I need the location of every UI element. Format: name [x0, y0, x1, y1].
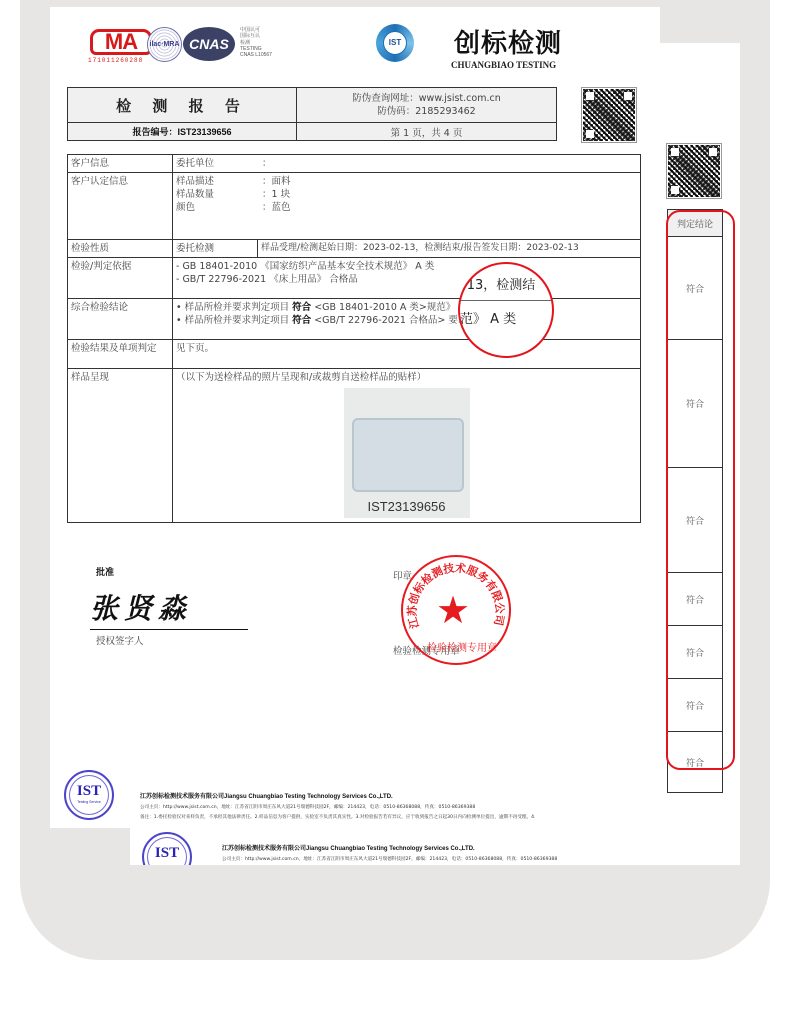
- cnas-text: 中国认可国际互认 检测TESTING CNAS L10567: [240, 27, 272, 58]
- field-value: ：: [262, 157, 637, 170]
- anti-fake-url: 防伪查询网址：www.jsist.com.cn: [297, 92, 556, 105]
- qr-code: [582, 88, 636, 142]
- inspection-type: 委托检测: [173, 240, 258, 258]
- footer-company: 江苏创标检测技术服务有限公司Jiangsu Chuangbiao Testing…: [222, 843, 475, 852]
- highlight-annotation: [666, 210, 735, 770]
- anti-fake-code: 防伪码：2185293462: [297, 105, 556, 118]
- cma-number: 171011260288: [88, 57, 143, 64]
- signature: 张贤淼: [90, 587, 248, 630]
- anti-fake-info: 防伪查询网址：www.jsist.com.cn 防伪码：2185293462: [297, 88, 557, 123]
- star-icon: ★: [436, 591, 470, 629]
- page-info: 第 1 页，共 4 页: [297, 123, 557, 141]
- row-label: 样品呈现: [68, 369, 173, 523]
- row-label: 检验结果及单项判定: [68, 340, 173, 369]
- field-key: 委托单位: [176, 157, 262, 170]
- fabric-sample: [352, 418, 464, 492]
- company-seal: 江苏创标检测技术服务有限公司 ★ 检验检测专用章: [401, 555, 511, 665]
- cnas-logo: CNAS: [183, 27, 235, 61]
- sample-note: （以下为送检样品的照片呈现和/或裁剪自送检样品的贴样）: [176, 371, 637, 384]
- info-table: 客户信息 委托单位 ： 客户认定信息 样品描述：面料 样品数量：1 块 颜色：蓝…: [67, 154, 641, 523]
- basis-line: - GB/T 22796-2021 《床上用品》 合格品: [176, 273, 637, 286]
- basis-line: - GB 18401-2010 《国家纺织产品基本安全技术规范》 A 类: [176, 260, 637, 273]
- sample-code: IST23139656: [344, 499, 470, 514]
- seal-bottom-text: 检验检测专用章: [427, 639, 497, 654]
- document-page-2: 判定结论 符合 符合 符合 符合 符合 符合 符合: [660, 43, 740, 865]
- brand-name-cn: 创标检测: [454, 23, 562, 60]
- footer-contact: 公司主页：http://www.jsist.com.cn，地址：江苏省江阴市周庄…: [222, 856, 557, 862]
- row-label: 客户信息: [68, 155, 173, 173]
- ilac-mra-logo: ilac·MRA: [147, 27, 182, 62]
- row-label: 检验性质: [68, 240, 173, 258]
- footer-notes: 备注：1.委托检验仅对来样负责，不承担其他法律责任。2.样品信息为客户提供，实验…: [140, 814, 535, 820]
- conclusion-line: • 样品所检并要求判定项目 符合 <GB 18401-2010 A 类>规范》: [176, 301, 637, 314]
- report-header: 检 测 报 告 防伪查询网址：www.jsist.com.cn 防伪码：2185…: [67, 87, 557, 141]
- report-number: 报告编号：IST23139656: [68, 123, 297, 141]
- brand-name-en: CHUANGBIAO TESTING: [451, 60, 556, 70]
- row-label: 客户认定信息: [68, 173, 173, 240]
- footer-company: 江苏创标检测技术服务有限公司Jiangsu Chuangbiao Testing…: [140, 791, 393, 800]
- row-label: 综合检验结论: [68, 299, 173, 340]
- conclusion-line: • 样品所检并要求判定项目 符合 <GB/T 22796-2021 合格品> 要…: [176, 314, 637, 327]
- approval-label: 批准: [96, 565, 114, 578]
- results-value: 见下页。: [173, 340, 641, 369]
- qr-code: [667, 144, 721, 198]
- ist-logo: IST: [376, 24, 414, 62]
- document-page-3: IST 江苏创标检测技术服务有限公司Jiangsu Chuangbiao Tes…: [130, 828, 740, 865]
- cma-logo: MA: [90, 29, 152, 55]
- sample-photo: IST23139656: [344, 388, 470, 518]
- ist-stamp-icon: ISTTesting Service: [64, 770, 114, 820]
- footer-contact: 公司主页：http://www.jsist.com.cn，地址：江苏省江阴市周庄…: [140, 804, 475, 810]
- signer-label: 授权签字人: [96, 633, 144, 647]
- report-title: 检 测 报 告: [68, 88, 297, 123]
- row-label: 检验/判定依据: [68, 258, 173, 299]
- inspection-dates: 样品受理/检测起始日期：2023-02-13，检测结束/报告签发日期：2023-…: [258, 240, 641, 258]
- document-page-1: MA 171011260288 ilac·MRA CNAS 中国认可国际互认 检…: [50, 7, 660, 828]
- ist-stamp-icon: IST: [142, 832, 192, 865]
- magnifier-annotation: -13，检测结 范》 A 类: [458, 262, 554, 358]
